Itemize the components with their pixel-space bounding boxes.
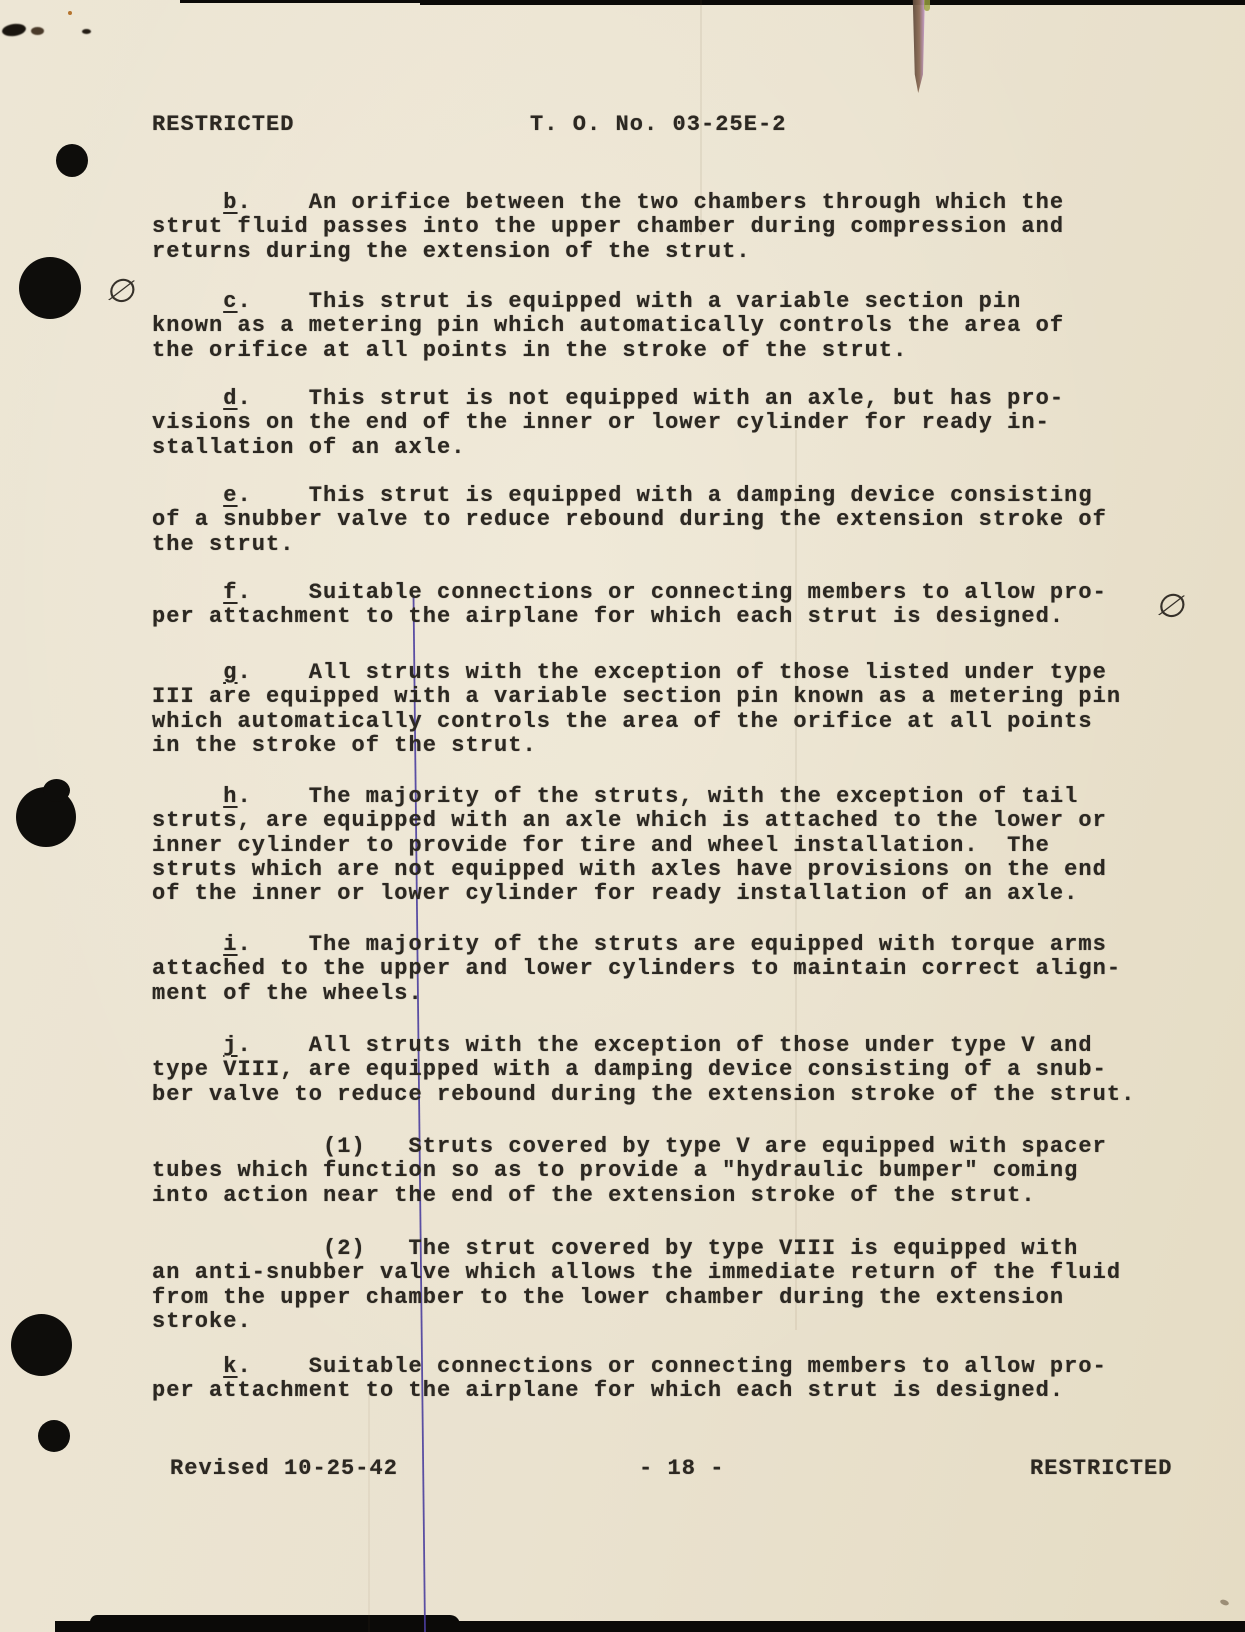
document-number: T. O. No. 03-25E-2 <box>530 113 787 137</box>
ink-blot <box>38 1420 70 1452</box>
paragraph-f: f. Suitable connections or connecting me… <box>152 581 1107 630</box>
paragraph-d: d. This strut is not equipped with an ax… <box>152 387 1064 460</box>
page-footer: Revised 10-25-42 - 18 - RESTRICTED <box>170 1457 1183 1483</box>
scanned-document-page: ∅ ∅ RESTRICTED T. O. No. 03-25E-2 b. An … <box>0 0 1245 1632</box>
ink-smudge <box>31 27 44 35</box>
paragraph-label: f <box>223 580 237 605</box>
paragraph-label: g <box>223 660 237 685</box>
ink-blot <box>19 257 81 319</box>
ink-blot <box>11 1314 72 1376</box>
paper-speck <box>68 11 72 15</box>
paragraph-k: k. Suitable connections or connecting me… <box>152 1355 1107 1404</box>
paragraph-label: k <box>223 1354 237 1379</box>
subparagraph-1: (1) Struts covered by type V are equippe… <box>152 1135 1107 1208</box>
paragraph-label: j <box>223 1033 237 1058</box>
paragraph-label: h <box>223 784 237 809</box>
classification-marking-header: RESTRICTED <box>152 113 295 137</box>
paragraph-label: e <box>223 483 237 508</box>
paragraph-b: b. An orifice between the two chambers t… <box>152 191 1064 264</box>
pen-mark <box>911 0 926 93</box>
page-number: - 18 - <box>639 1457 725 1481</box>
margin-check-mark-right: ∅ <box>1153 584 1192 627</box>
ink-smudge <box>82 29 91 34</box>
paragraph-j: j. All struts with the exception of thos… <box>152 1034 1135 1107</box>
scan-top-edge <box>420 0 1245 5</box>
ink-blot-bump <box>43 779 70 802</box>
paragraph-label: b <box>223 190 237 215</box>
scan-top-edge-thin <box>180 0 425 3</box>
paragraph-c: c. This strut is equipped with a variabl… <box>152 290 1064 363</box>
margin-check-mark-left: ∅ <box>103 269 142 312</box>
paragraph-label: (2) <box>323 1236 366 1261</box>
paragraph-g: g. All struts with the exception of thos… <box>152 661 1121 758</box>
paragraph-label: c <box>223 289 237 314</box>
paragraph-label: (1) <box>323 1134 366 1159</box>
scan-bottom-edge-bulge <box>90 1615 460 1625</box>
paragraph-label: d <box>223 386 237 411</box>
page-header: RESTRICTED T. O. No. 03-25E-2 <box>152 113 1112 139</box>
paragraph-e: e. This strut is equipped with a damping… <box>152 484 1107 557</box>
paragraph-i: i. The majority of the struts are equipp… <box>152 933 1121 1006</box>
ink-blot <box>56 144 88 177</box>
paragraph-h: h. The majority of the struts, with the … <box>152 785 1107 906</box>
paper-speck <box>1219 1599 1229 1607</box>
paragraph-label: i <box>223 932 237 957</box>
pen-mark-tip <box>924 0 930 11</box>
paper-crease <box>368 1390 370 1632</box>
revision-date: Revised 10-25-42 <box>170 1457 398 1481</box>
classification-marking-footer: RESTRICTED <box>1030 1457 1173 1481</box>
subparagraph-2: (2) The strut covered by type VIII is eq… <box>152 1237 1121 1334</box>
ink-smudge <box>1 22 26 37</box>
